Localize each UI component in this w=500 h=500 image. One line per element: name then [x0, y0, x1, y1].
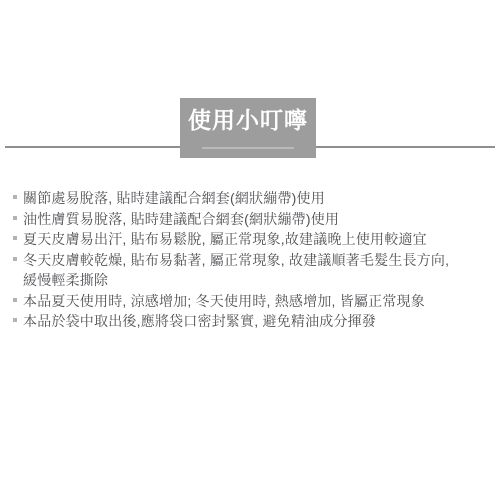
tip-item: 關節處易脫落, 貼時建議配合網套(網狀繃帶)使用 [13, 188, 488, 209]
bullet-marker-icon [13, 298, 17, 302]
header-underline [202, 147, 294, 149]
bullet-marker-icon [13, 236, 17, 240]
tip-item: 油性膚質易脫落, 貼時建議配合網套(網狀繃帶)使用 [13, 209, 488, 230]
tip-text: 本品於袋中取出後,應將袋口密封緊實, 避免精油成分揮發 [23, 311, 376, 332]
bullet-marker-icon [13, 195, 17, 199]
tip-text: 油性膚質易脫落, 貼時建議配合網套(網狀繃帶)使用 [23, 209, 339, 230]
tip-item: 夏天皮膚易出汗, 貼布易鬆脫, 屬正常現象,故建議晚上使用較適宜 [13, 229, 488, 250]
tip-item: 本品於袋中取出後,應將袋口密封緊實, 避免精油成分揮發 [13, 311, 488, 332]
tip-item: 本品夏天使用時, 涼感增加; 冬天使用時, 熱感增加, 皆屬正常現象 [13, 291, 488, 312]
bullet-marker-icon [13, 318, 17, 322]
tip-text: 冬天皮膚較乾燥, 貼布易黏著, 屬正常現象, 故建議順著毛髮生長方向, 緩慢輕柔… [23, 250, 449, 291]
tip-text: 夏天皮膚易出汗, 貼布易鬆脫, 屬正常現象,故建議晚上使用較適宜 [23, 229, 427, 250]
tip-text: 關節處易脫落, 貼時建議配合網套(網狀繃帶)使用 [23, 188, 325, 209]
bullet-marker-icon [13, 257, 17, 261]
bullet-marker-icon [13, 216, 17, 220]
section-header: 使用小叮嚀 [180, 98, 316, 158]
product-usage-notes-panel: 使用小叮嚀 關節處易脫落, 貼時建議配合網套(網狀繃帶)使用 油性膚質易脫落, … [0, 0, 500, 500]
section-title: 使用小叮嚀 [180, 108, 316, 132]
tip-text: 本品夏天使用時, 涼感增加; 冬天使用時, 熱感增加, 皆屬正常現象 [23, 291, 425, 312]
usage-tips-list: 關節處易脫落, 貼時建議配合網套(網狀繃帶)使用 油性膚質易脫落, 貼時建議配合… [13, 188, 488, 332]
tip-item: 冬天皮膚較乾燥, 貼布易黏著, 屬正常現象, 故建議順著毛髮生長方向, 緩慢輕柔… [13, 250, 488, 291]
